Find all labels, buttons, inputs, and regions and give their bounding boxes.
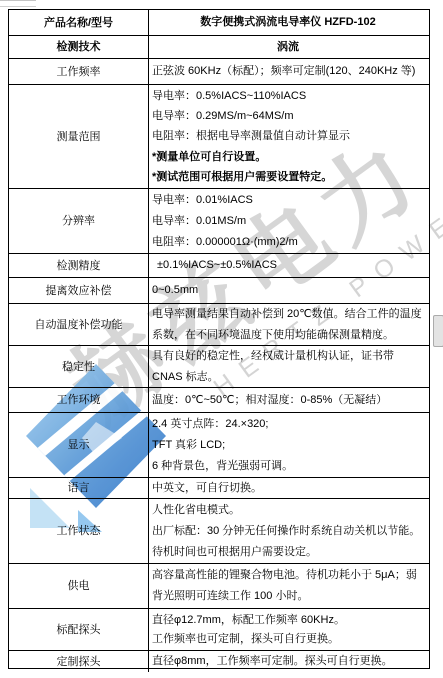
spec-label: 自动温度补偿功能: [9, 304, 149, 345]
table-row-resolution: 分辨率 导电率：0.01%IACS 电导率：0.01MS/m 电阻率：0.000…: [9, 189, 429, 254]
table-row-measure-range: 测量范围 导电率：0.5%IACS~110%IACS 电导率：0.29MS/m~…: [9, 85, 429, 189]
table-row-stability: 稳定性 具有良好的稳定性，经权威计量机构认证，证书带 CNAS 标志。: [9, 346, 429, 388]
spec-label: 工作频率: [9, 59, 149, 84]
spec-value: 中英文，可自行切换。: [149, 478, 429, 498]
table-row-auto-temp-compensation: 自动温度补偿功能 电导率测量结果自动补偿到 20℃数值。结合工件的温度系数，在不…: [9, 304, 429, 346]
spec-label: 工作环境: [9, 388, 149, 412]
spec-line: 电导率：0.29MS/m~64MS/m: [152, 109, 424, 123]
spec-label: 稳定性: [9, 346, 149, 387]
spec-line: 2.4 英寸点阵：24.×320;: [152, 417, 424, 431]
spec-line: 6 种背景色，背光强弱可调。: [152, 459, 424, 473]
spec-value: 涡流: [149, 36, 429, 58]
spec-line: 待机时间也可根据用户需要设定。: [152, 545, 424, 559]
spec-line: TFT 真彩 LCD;: [152, 438, 424, 452]
table-row-working-frequency: 工作频率 正弦波 60KHz（标配）；频率可定制(120、240KHz 等): [9, 59, 429, 85]
spec-value: 直径φ12.7mm，标配工作频率 60KHz。 工作频率也可定制，探头可自行更换…: [149, 609, 429, 650]
spec-label: 工作状态: [9, 499, 149, 563]
spec-label: 提离效应补偿: [9, 278, 149, 303]
table-row-custom-probe: 定制探头 直径φ8mm，工作频率可定制。探头可自行更换。: [9, 651, 429, 672]
spec-line: 导电率：0.01%IACS: [152, 193, 424, 207]
table-row-language: 语言 中英文，可自行切换。: [9, 478, 429, 499]
spec-value: 具有良好的稳定性，经权威计量机构认证，证书带 CNAS 标志。: [149, 346, 429, 387]
spec-label: 标配探头: [9, 609, 149, 650]
page-edge-artifact: [0, 0, 36, 7]
table-row-working-state: 工作状态 人性化省电模式。 出厂标配：30 分钟无任何操作时系统自动关机以节能。…: [9, 499, 429, 564]
spec-label: 分辨率: [9, 189, 149, 253]
table-row-detection-tech: 检测技术 涡流: [9, 36, 429, 59]
table-row-power-supply: 供电 高容量高性能的锂聚合物电池。待机功耗小于 5μA；弱背光照明可连续工作 1…: [9, 564, 429, 609]
table-row-display: 显示 2.4 英寸点阵：24.×320; TFT 真彩 LCD; 6 种背景色，…: [9, 413, 429, 478]
spec-line: 出厂标配：30 分钟无任何操作时系统自动关机以节能。: [152, 524, 424, 538]
spec-line: 工作频率也可定制，探头可自行更换。: [152, 632, 424, 646]
spec-line: 电阻率：根据电导率测量值自动计算显示: [152, 129, 424, 143]
spec-value: 导电率：0.5%IACS~110%IACS 电导率：0.29MS/m~64MS/…: [149, 85, 429, 188]
spec-label: 测量范围: [9, 85, 149, 188]
spec-value: 数字便携式涡流电导率仪 HZFD-102: [149, 10, 429, 35]
spec-value: 正弦波 60KHz（标配）；频率可定制(120、240KHz 等): [149, 59, 429, 84]
spec-label: 供电: [9, 564, 149, 608]
spec-line: 电导率：0.01MS/m: [152, 214, 424, 228]
spec-value: 导电率：0.01%IACS 电导率：0.01MS/m 电阻率：0.000001Ω…: [149, 189, 429, 253]
table-row-product-name: 产品名称/型号 数字便携式涡流电导率仪 HZFD-102: [9, 10, 429, 36]
spec-value: 高容量高性能的锂聚合物电池。待机功耗小于 5μA；弱背光照明可连续工作 100 …: [149, 564, 429, 608]
spec-label: 定制探头: [9, 651, 149, 672]
spec-label: 检测技术: [9, 36, 149, 58]
spec-line: *测量单位可自行设置。: [152, 150, 424, 164]
spec-label: 语言: [9, 478, 149, 498]
table-row-accuracy: 检测精度 ±0.1%IACS~±0.5%IACS: [9, 254, 429, 278]
spec-line: 导电率：0.5%IACS~110%IACS: [152, 89, 424, 103]
spec-value: 温度：0℃~50℃；相对湿度：0-85%（无凝结）: [149, 388, 429, 412]
spec-label: 检测精度: [9, 254, 149, 277]
spec-label: 产品名称/型号: [9, 10, 149, 35]
table-row-standard-probe: 标配探头 直径φ12.7mm，标配工作频率 60KHz。 工作频率也可定制，探头…: [9, 609, 429, 651]
spec-value: 2.4 英寸点阵：24.×320; TFT 真彩 LCD; 6 种背景色，背光强…: [149, 413, 429, 477]
spec-label: 显示: [9, 413, 149, 477]
product-spec-table: 产品名称/型号 数字便携式涡流电导率仪 HZFD-102 检测技术 涡流 工作频…: [8, 9, 430, 669]
spec-value: 电导率测量结果自动补偿到 20℃数值。结合工件的温度系数，在不同环境温度下使用均…: [149, 304, 429, 345]
spec-value: ±0.1%IACS~±0.5%IACS: [149, 254, 429, 277]
scrollbar-thumb[interactable]: [433, 315, 443, 347]
spec-line: *测试范围可根据用户需要设置特定。: [152, 170, 424, 184]
spec-value: 直径φ8mm，工作频率可定制。探头可自行更换。: [149, 651, 429, 672]
spec-line: 人性化省电模式。: [152, 503, 424, 517]
table-row-liftoff-compensation: 提离效应补偿 0~0.5mm: [9, 278, 429, 304]
table-row-working-environment: 工作环境 温度：0℃~50℃；相对湿度：0-85%（无凝结）: [9, 388, 429, 413]
spec-line: 电阻率：0.000001Ω·(mm)2/m: [152, 235, 424, 249]
spec-value: 人性化省电模式。 出厂标配：30 分钟无任何操作时系统自动关机以节能。 待机时间…: [149, 499, 429, 563]
spec-line: 直径φ12.7mm，标配工作频率 60KHz。: [152, 613, 424, 627]
spec-value: 0~0.5mm: [149, 278, 429, 303]
